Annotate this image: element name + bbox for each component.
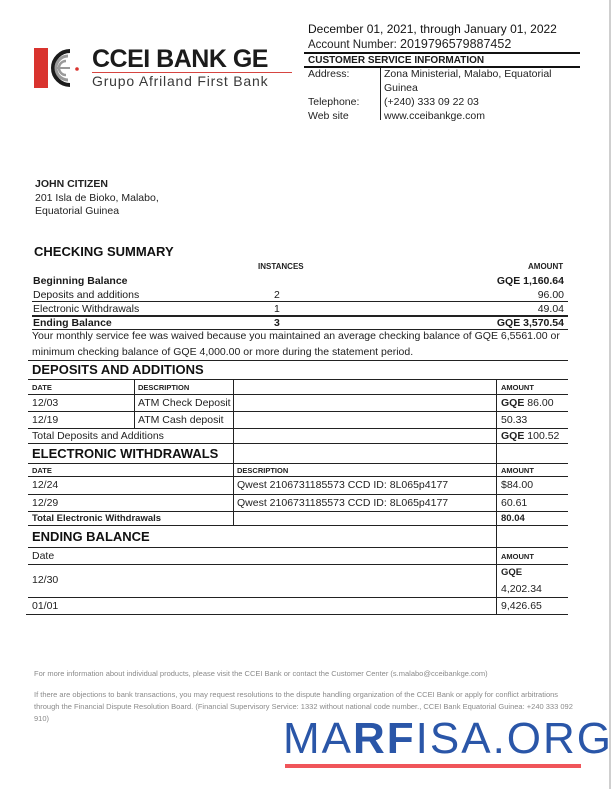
summary-label: Electronic Withdrawals [33, 303, 139, 315]
table-border [28, 547, 568, 548]
bank-name: CCEI BANK GE [92, 45, 268, 74]
watermark-underline [285, 764, 581, 768]
footer-info: For more information about individual pr… [34, 668, 488, 680]
summary-amount: GQE 1,160.64 [497, 275, 564, 287]
balance-amount: 4,202.34 [501, 583, 542, 595]
summary-label: Deposits and additions [33, 289, 139, 301]
column-divider [233, 379, 234, 469]
deposits-total-amount: GQE 100.52 [501, 430, 559, 442]
currency-code: GQE [501, 430, 524, 442]
summary-row-withdrawals: Electronic Withdrawals 1 49.04 [32, 302, 568, 316]
table-border [28, 564, 568, 565]
column-divider [134, 379, 135, 428]
checking-summary-title: CHECKING SUMMARY [34, 244, 174, 259]
currency-code: GQE [501, 397, 524, 409]
date-column-header: DATE [32, 383, 52, 392]
customer-service-info: CUSTOMER SERVICE INFORMATION Address: Zo… [304, 52, 580, 124]
csi-row-address-cont: Guinea [304, 82, 580, 96]
deposit-amount: 50.33 [501, 414, 527, 426]
amount-column-header: AMOUNT [501, 466, 534, 475]
summary-label: Beginning Balance [33, 275, 128, 287]
table-border [28, 494, 568, 495]
deposit-date: 12/19 [32, 414, 58, 426]
bank-subtitle: Grupo Afriland First Bank [92, 73, 268, 89]
service-fee-note: Your monthly service fee was waived beca… [32, 328, 572, 360]
summary-row-beginning-balance: Beginning Balance GQE 1,160.64 [32, 274, 568, 288]
balance-date: 12/30 [32, 574, 58, 586]
summary-amount: 49.04 [538, 303, 564, 315]
date-column-header: DATE [32, 466, 52, 475]
balance-date: 01/01 [32, 600, 58, 612]
website-value[interactable]: www.cceibankge.com [384, 110, 485, 122]
summary-instances: 2 [274, 289, 280, 301]
description-column-header: DESCRIPTION [138, 383, 189, 392]
table-border [28, 463, 568, 464]
withdrawal-description: Qwest 2106731185573 CCD ID: 8L065p4177 [237, 479, 448, 491]
deposits-title: DEPOSITS AND ADDITIONS [32, 362, 204, 377]
table-border [28, 379, 568, 380]
withdrawal-date: 12/24 [32, 479, 58, 491]
withdrawal-amount: $84.00 [501, 479, 533, 491]
table-border [28, 511, 568, 512]
table-border [28, 597, 568, 598]
account-number-line: Account Number: 2019796579887452 [308, 37, 511, 51]
column-divider [496, 527, 497, 614]
deposits-total-label: Total Deposits and Additions [32, 430, 164, 442]
customer-service-title: CUSTOMER SERVICE INFORMATION [304, 52, 580, 68]
address-label: Address: [308, 68, 349, 80]
account-number-label: Account Number: [308, 39, 400, 51]
deposit-description: ATM Check Deposit [138, 397, 231, 409]
withdrawal-description: Qwest 2106731185573 CCD ID: 8L065p4177 [237, 497, 448, 509]
description-column-header: DESCRIPTION [237, 466, 288, 475]
table-border [28, 428, 568, 429]
customer-address-block: JOHN CITIZEN 201 Isla de Bioko, Malabo, … [35, 178, 159, 219]
csi-row-website: Web site www.cceibankge.com [304, 110, 580, 124]
amount-value: 86.00 [524, 397, 553, 409]
currency-code: GQE [501, 567, 522, 578]
customer-address-line2: Equatorial Guinea [35, 205, 159, 219]
telephone-value: (+240) 333 09 22 03 [384, 96, 479, 108]
instances-column-header: INSTANCES [258, 262, 304, 271]
csi-row-telephone: Telephone: (+240) 333 09 22 03 [304, 96, 580, 110]
table-border [28, 411, 568, 412]
watermark: MARFISA.ORG [283, 714, 611, 764]
column-divider [233, 463, 234, 525]
amount-column-header: AMOUNT [501, 552, 534, 561]
address-value: Zona Ministerial, Malabo, Equatorial [384, 68, 552, 80]
customer-name: JOHN CITIZEN [35, 178, 159, 192]
summary-instances: 1 [274, 303, 280, 315]
amount-value: 100.52 [524, 430, 559, 442]
withdrawals-total-amount: 80.04 [501, 513, 525, 524]
csi-row-address: Address: Zona Ministerial, Malabo, Equat… [304, 68, 580, 82]
deposit-amount: GQE 86.00 [501, 397, 554, 409]
table-border [28, 443, 568, 444]
table-border [28, 476, 568, 477]
ending-balance-title: ENDING BALANCE [32, 529, 150, 544]
watermark-part: ISA.ORG [416, 714, 611, 763]
amount-column-header: AMOUNT [528, 262, 563, 271]
address-value-cont: Guinea [384, 82, 418, 94]
deposit-date: 12/03 [32, 397, 58, 409]
account-number: 2019796579887452 [400, 37, 511, 51]
watermark-part: RF [353, 714, 416, 763]
customer-address-line1: 201 Isla de Bioko, Malabo, [35, 192, 159, 206]
table-border [28, 525, 568, 526]
website-label: Web site [308, 110, 349, 122]
table-border [28, 360, 568, 361]
bank-logo: CCEI BANK GE Grupo Afriland First Bank [34, 47, 264, 89]
summary-amount: 96.00 [538, 289, 564, 301]
customer-service-rows: Address: Zona Ministerial, Malabo, Equat… [304, 68, 580, 124]
watermark-part: MA [283, 714, 353, 763]
telephone-label: Telephone: [308, 96, 359, 108]
bank-logo-icon [34, 47, 80, 89]
date-column-header: Date [32, 550, 54, 562]
amount-column-header: AMOUNT [501, 383, 534, 392]
deposit-description: ATM Cash deposit [138, 414, 224, 426]
withdrawal-date: 12/29 [32, 497, 58, 509]
withdrawal-amount: 60.61 [501, 497, 527, 509]
withdrawals-title: ELECTRONIC WITHDRAWALS [32, 446, 218, 461]
withdrawals-total-label: Total Electronic Withdrawals [32, 513, 161, 524]
balance-amount: 9,426.65 [501, 600, 542, 612]
statement-period: December 01, 2021, through January 01, 2… [308, 22, 557, 36]
summary-row-deposits: Deposits and additions 2 96.00 [32, 288, 568, 302]
table-border [28, 394, 568, 395]
table-border [26, 614, 568, 615]
